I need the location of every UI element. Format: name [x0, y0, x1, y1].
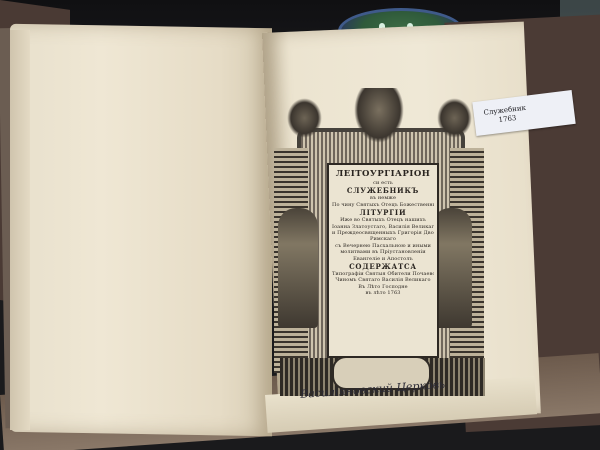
title-small-line: Чиномъ Святаго Василія Великаго: [332, 277, 434, 283]
book-page-edges: [10, 30, 30, 430]
title-liturgy-line: ЛІТУРГІИ: [332, 208, 434, 217]
engraved-frontispiece: ЛЕІТОУРГІАРІОН си есть СЛУЖЕБНИКЪ въ нем…: [272, 88, 487, 388]
title-heading: ЛЕІТОУРГІАРІОН: [332, 169, 434, 180]
angel-engraving-left: [287, 98, 322, 138]
title-subheading: СЛУЖЕБНИКЪ: [332, 186, 434, 195]
title-panel: ЛЕІТОУРГІАРІОН си есть СЛУЖЕБНИКЪ въ нем…: [327, 163, 439, 358]
title-small-line: Иже во Святыхъ Отецъ нашихъ: [332, 217, 434, 223]
book-page-left: [10, 24, 272, 437]
saint-engraving-left: [278, 208, 318, 328]
title-small-line: молитвами въ Пріустановленіи: [332, 249, 434, 255]
title-contains-word: СОДЕРЖАТСА: [332, 262, 434, 271]
museum-display-scene: ЛЕІТОУРГІАРІОН си есть СЛУЖЕБНИКЪ въ нем…: [0, 0, 600, 450]
title-year-line: въ лѣто 1763: [332, 290, 434, 296]
angel-engraving-right: [437, 98, 472, 138]
enthroned-figure-engraving: [354, 88, 404, 143]
